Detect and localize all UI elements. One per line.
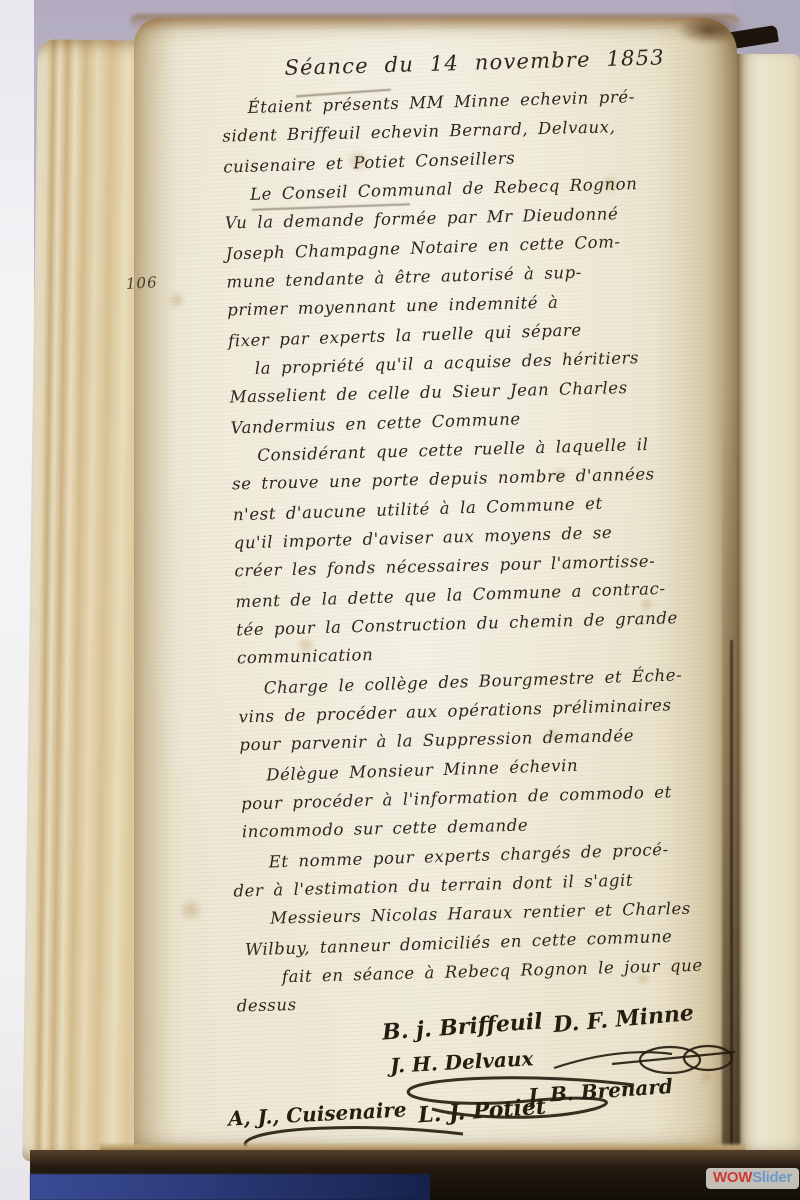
fox-spot: [168, 292, 186, 308]
signature-flourish-rings: [552, 1038, 737, 1080]
folio-number: 106: [126, 273, 159, 293]
table-cloth: [30, 1174, 430, 1200]
manuscript-text: Séance du 14 novembre 1853 Étaient prése…: [210, 35, 769, 1021]
fox-spot: [178, 898, 204, 922]
watermark-wow-text: WOW: [713, 1169, 752, 1186]
page-stack-edges: [22, 39, 152, 1162]
wowslider-watermark[interactable]: WOWSlider: [706, 1168, 799, 1189]
watermark-slider-text: Slider: [752, 1169, 792, 1186]
archive-photo: 106 Séance du 14 novembre 1853 Étaient p…: [0, 0, 800, 1200]
page-top-deckle-edge: [130, 14, 742, 30]
